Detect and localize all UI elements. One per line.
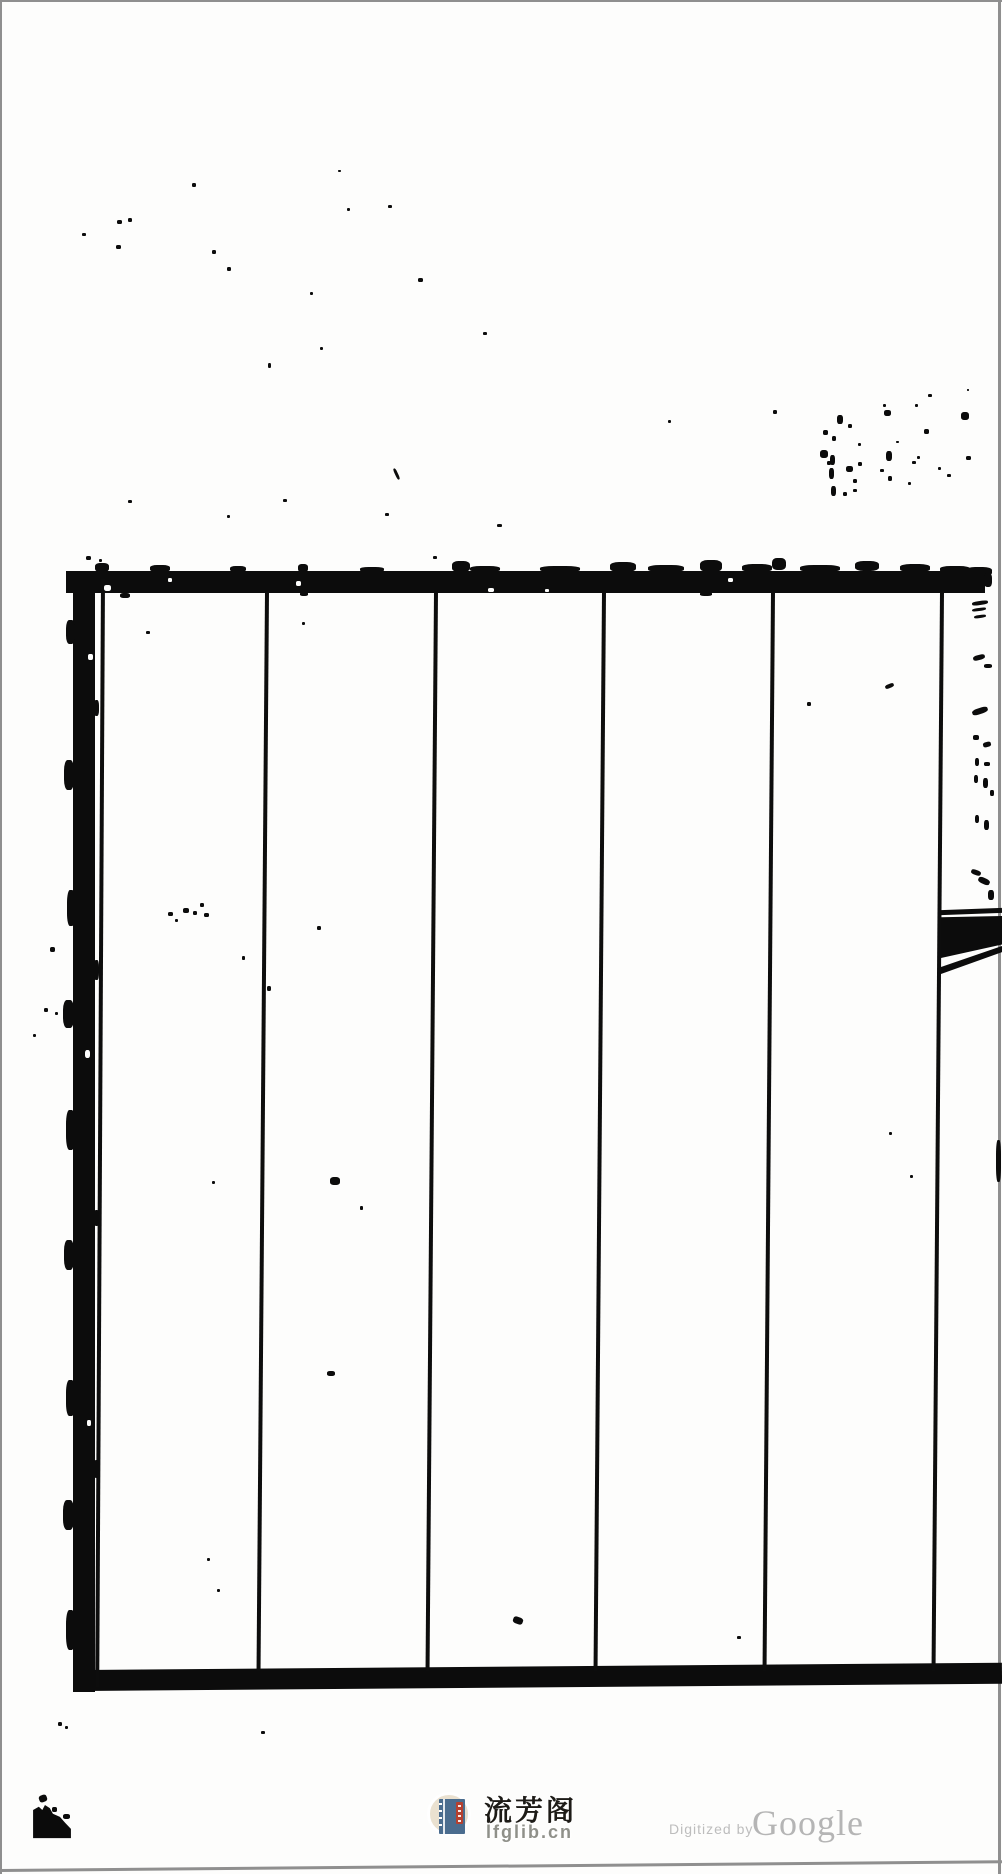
splatter-dot xyxy=(848,424,852,428)
border-bump xyxy=(300,592,308,596)
page-speck xyxy=(116,245,121,249)
splatter-dot xyxy=(912,461,916,464)
watermark-site-url: lfglib.cn xyxy=(486,1822,573,1843)
page-speck xyxy=(128,500,132,503)
blob-satellite xyxy=(52,1807,57,1812)
interior-speck xyxy=(217,1589,220,1592)
border-bump xyxy=(855,561,879,571)
interior-speck xyxy=(207,1558,210,1561)
splatter-dot xyxy=(908,482,911,485)
border-bump xyxy=(150,565,170,572)
splatter-dot xyxy=(853,489,857,492)
border-bump xyxy=(63,1000,74,1028)
frame-border-right-line xyxy=(932,592,944,1671)
page-speck xyxy=(82,233,86,236)
digitized-by-text: Digitized by xyxy=(669,1821,753,1837)
page-speck xyxy=(86,556,91,560)
border-bump xyxy=(700,560,722,572)
page-speck xyxy=(227,267,231,271)
splatter-dot xyxy=(924,429,929,434)
cutoff-character-fragment xyxy=(988,890,994,900)
border-nick xyxy=(728,578,733,582)
cutoff-character-fragment xyxy=(990,790,994,796)
interior-speck xyxy=(242,956,245,960)
column-line-2 xyxy=(426,592,438,1671)
splatter-dot xyxy=(853,479,857,483)
google-logo: Google xyxy=(752,1802,864,1844)
cutoff-character-fragment xyxy=(983,778,988,788)
page-speck xyxy=(347,208,350,211)
interior-speck xyxy=(193,911,197,915)
interior-speck xyxy=(360,1206,363,1210)
border-bump xyxy=(66,1110,75,1150)
splatter-dot xyxy=(858,462,862,466)
interior-speck xyxy=(200,903,204,907)
cutoff-character-fragment xyxy=(974,775,978,783)
page-speck xyxy=(388,205,392,208)
cutoff-character-fragment xyxy=(975,758,979,766)
cutoff-character-fragment xyxy=(984,820,989,830)
interior-speck xyxy=(317,926,321,930)
border-bump xyxy=(64,760,74,790)
page-speck xyxy=(320,347,323,350)
page-speck xyxy=(128,218,132,222)
border-bump xyxy=(66,1610,75,1650)
stitched-book-icon xyxy=(439,1799,465,1834)
border-bump xyxy=(742,564,772,572)
frame-border-top xyxy=(66,571,985,593)
frame-border-left xyxy=(73,571,95,1692)
border-nick xyxy=(545,589,549,592)
margin-speck xyxy=(261,1731,265,1734)
interior-speck xyxy=(175,919,178,922)
cutoff-character-fragment xyxy=(972,607,986,612)
page-speck xyxy=(483,332,487,335)
border-bump xyxy=(900,564,930,572)
splatter-dot xyxy=(947,474,951,477)
interior-speck xyxy=(302,622,305,625)
border-nick xyxy=(85,1050,90,1058)
cutoff-character-fragment xyxy=(971,706,988,717)
cutoff-character-fragment xyxy=(970,868,981,876)
border-bump xyxy=(68,571,78,585)
page-speck xyxy=(283,499,287,502)
page-speck xyxy=(310,292,313,295)
page-speck xyxy=(668,420,671,423)
interior-speck xyxy=(267,986,271,991)
interior-speck xyxy=(807,702,811,706)
blob-satellite xyxy=(38,1794,48,1803)
cutoff-character-fragment xyxy=(984,762,990,766)
cutoff-character-fragment xyxy=(975,815,979,823)
column-line-1 xyxy=(257,592,269,1671)
border-bump xyxy=(470,566,500,572)
cutoff-character-fragment xyxy=(972,600,988,606)
interior-speck xyxy=(204,913,209,917)
splatter-dot xyxy=(829,468,834,479)
page-speck xyxy=(338,170,341,172)
border-bump xyxy=(360,567,384,572)
splatter-dot xyxy=(827,461,831,465)
border-bump xyxy=(800,565,840,572)
border-bump xyxy=(298,564,308,572)
page-speck xyxy=(433,556,437,559)
interior-speck xyxy=(183,908,189,913)
page-speck xyxy=(773,410,777,414)
book-spine xyxy=(443,1799,445,1834)
border-bump xyxy=(94,700,99,716)
interior-speck xyxy=(512,1616,524,1626)
splatter-dot xyxy=(886,451,892,461)
interior-speck xyxy=(330,1177,340,1185)
splatter-dot xyxy=(843,492,847,496)
book-title-label xyxy=(456,1802,463,1824)
page-speck xyxy=(268,363,271,368)
border-bump xyxy=(63,1500,74,1530)
frame-inner-left-line xyxy=(95,579,105,1687)
splatter-dot xyxy=(837,415,843,424)
fishtail-mark-bar xyxy=(941,908,1002,915)
border-bump xyxy=(66,620,75,644)
border-bump xyxy=(66,1380,75,1416)
border-bump xyxy=(452,561,470,572)
interior-speck xyxy=(889,1132,892,1135)
border-bump xyxy=(230,566,246,572)
margin-speck xyxy=(50,947,55,952)
scan-edge-bottom xyxy=(0,1860,1002,1872)
splatter-dot xyxy=(967,389,969,391)
page-speck xyxy=(212,250,216,254)
column-line-4 xyxy=(763,592,775,1671)
splatter-dot xyxy=(888,476,892,481)
page-speck xyxy=(117,220,122,224)
border-bump xyxy=(984,573,992,587)
interior-speck xyxy=(327,1371,335,1376)
border-bump xyxy=(700,592,712,596)
border-bump xyxy=(94,960,99,980)
border-nick xyxy=(88,654,93,660)
splatter-dot xyxy=(880,469,884,472)
interior-speck xyxy=(146,631,150,634)
splatter-dot xyxy=(928,394,932,397)
border-bump xyxy=(94,1210,99,1226)
splatter-dot xyxy=(896,441,899,443)
border-nick xyxy=(168,578,172,582)
splatter-dot xyxy=(858,443,861,446)
page-speck xyxy=(385,513,389,516)
border-bump xyxy=(67,890,75,926)
border-nick xyxy=(104,585,111,591)
border-bump xyxy=(772,558,786,570)
page-speck xyxy=(497,524,502,527)
scan-edge-top xyxy=(0,0,1002,2)
border-bump xyxy=(94,1460,99,1478)
border-bump xyxy=(648,565,684,572)
border-bump xyxy=(610,562,636,572)
splatter-dot xyxy=(938,467,941,470)
scanned-book-page: 流芳阁 lfglib.cn Digitized by Google xyxy=(0,0,1002,1874)
cutoff-character-fragment xyxy=(977,876,990,887)
blob-satellite xyxy=(63,1814,70,1819)
interior-speck xyxy=(885,682,895,689)
scan-edge-left xyxy=(0,0,2,1874)
margin-speck xyxy=(996,1140,1001,1182)
margin-speck xyxy=(33,1034,36,1037)
margin-speck xyxy=(65,1726,68,1729)
page-speck xyxy=(99,559,102,562)
cutoff-character-fragment xyxy=(974,614,986,619)
splatter-dot xyxy=(884,410,891,416)
page-speck xyxy=(227,515,230,518)
splatter-dot xyxy=(831,486,836,496)
border-nick xyxy=(488,588,494,592)
border-bump xyxy=(64,1240,74,1270)
splatter-dot xyxy=(832,436,836,441)
column-line-3 xyxy=(594,592,606,1671)
cutoff-character-fragment xyxy=(984,664,992,668)
border-bump xyxy=(95,563,109,572)
splatter-dot xyxy=(966,456,971,460)
cutoff-character-fragment xyxy=(973,654,986,662)
border-nick xyxy=(87,1420,91,1426)
page-speck xyxy=(192,183,196,187)
cutoff-character-fragment xyxy=(973,735,979,740)
splatter-dot xyxy=(961,412,969,420)
border-nick xyxy=(296,581,301,586)
frame-border-bottom xyxy=(84,1663,1002,1691)
margin-speck xyxy=(55,1012,58,1015)
page-speck xyxy=(393,468,401,480)
margin-speck xyxy=(58,1722,62,1726)
border-bump xyxy=(540,566,580,572)
watermark-badge xyxy=(427,1792,471,1836)
page-speck xyxy=(418,278,423,282)
interior-speck xyxy=(910,1175,913,1178)
margin-speck xyxy=(44,1008,48,1012)
interior-speck xyxy=(212,1181,215,1184)
interior-speck xyxy=(737,1636,741,1639)
splatter-dot xyxy=(917,456,920,459)
cutoff-character-fragment xyxy=(982,741,991,748)
splatter-dot xyxy=(846,466,853,472)
splatter-dot xyxy=(915,404,918,407)
splatter-dot xyxy=(823,430,828,435)
splatter-dot xyxy=(820,450,828,458)
border-bump xyxy=(120,593,130,598)
splatter-dot xyxy=(883,404,886,407)
interior-speck xyxy=(168,912,173,916)
